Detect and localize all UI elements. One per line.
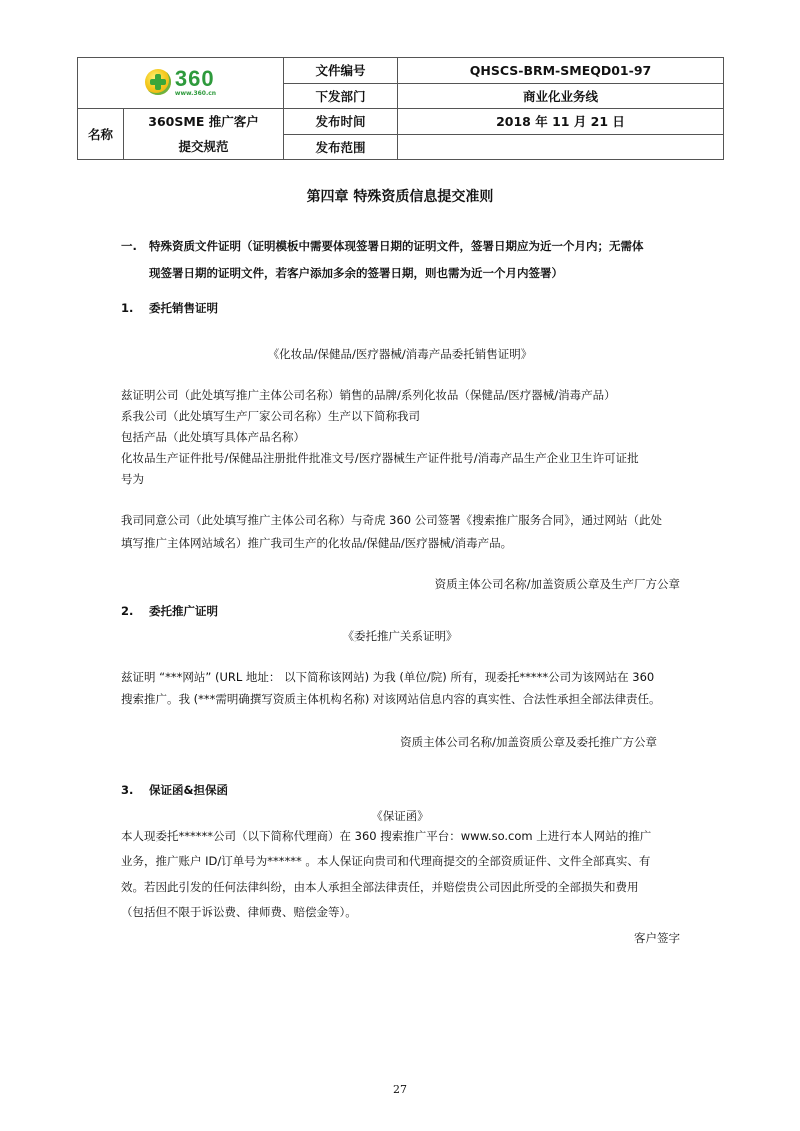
item3-line: （包括但不限于诉讼费、律师费、赔偿金等）。 — [121, 904, 357, 920]
item2-number: 2. — [121, 603, 133, 619]
doc-number-label: 文件编号 — [284, 58, 398, 84]
publish-date-value: 2018 年 11 月 21 日 — [398, 109, 724, 135]
item3-number: 3. — [121, 782, 133, 798]
item3-line: 本人现委托******公司（以下简称代理商）在 360 搜索推广平台：www.s… — [121, 828, 651, 844]
document-header-table: 360 www.360.cn 文件编号 QHSCS-BRM-SMEQD01-97… — [77, 57, 724, 160]
doc-number-value: QHSCS-BRM-SMEQD01-97 — [398, 58, 724, 84]
item1-para2-line: 我司同意公司（此处填写推广主体公司名称）与奇虎 360 公司签署《搜索推广服务合… — [121, 512, 662, 528]
item3-line: 业务，推广账户 ID/订单号为****** 。本人保证向贵司和代理商提交的全部资… — [121, 853, 650, 869]
item2-line: 搜索推广。我 (***需明确撰写资质主体机构名称) 对该网站信息内容的真实性、合… — [121, 691, 661, 707]
360-logo-icon — [145, 69, 171, 95]
chapter-title: 第四章 特殊资质信息提交准则 — [0, 186, 800, 206]
item1-line: 化妆品生产证件批号/保健品注册批件批准文号/医疗器械生产证件批号/消毒产品生产企… — [121, 450, 639, 466]
item1-number: 1. — [121, 300, 133, 316]
item1-heading: 委托销售证明 — [149, 300, 218, 316]
item1-para2-line: 填写推广主体网站域名）推广我司生产的化妆品/保健品/医疗器械/消毒产品。 — [121, 535, 512, 551]
item3-heading: 保证函&担保函 — [149, 782, 228, 798]
item2-doc-title: 《委托推广关系证明》 — [0, 628, 800, 644]
item1-line: 系我公司（此处填写生产厂家公司名称）生产以下简称我司 — [121, 408, 420, 424]
item1-line: 号为 — [121, 471, 144, 487]
logo-cell: 360 www.360.cn — [78, 58, 284, 109]
publish-date-label: 发布时间 — [284, 109, 398, 135]
department-value: 商业化业务线 — [398, 83, 724, 109]
section1-line2: 现签署日期的证明文件，若客户添加多余的签署日期，则也需为近一个月内签署） — [149, 265, 563, 281]
logo-url: www.360.cn — [175, 91, 216, 97]
item1-signature: 资质主体公司名称/加盖资质公章及生产厂方公章 — [300, 576, 680, 592]
item2-heading: 委托推广证明 — [149, 603, 218, 619]
page-number: 27 — [0, 1083, 800, 1096]
360-logo: 360 www.360.cn — [145, 68, 216, 97]
department-label: 下发部门 — [284, 83, 398, 109]
item1-doc-title: 《化妆品/保健品/医疗器械/消毒产品委托销售证明》 — [0, 346, 800, 362]
item1-line: 包括产品（此处填写具体产品名称） — [121, 429, 305, 445]
item3-line: 效。若因此引发的任何法律纠纷，由本人承担全部法律责任，并赔偿贵公司因此所受的全部… — [121, 879, 639, 895]
publish-scope-label: 发布范围 — [284, 134, 398, 160]
item3-doc-title: 《保证函》 — [0, 808, 800, 824]
doc-title-line1: 360SME 推广客户 — [124, 109, 283, 134]
publish-scope-value — [398, 134, 724, 160]
item2-signature: 资质主体公司名称/加盖资质公章及委托推广方公章 — [280, 734, 657, 750]
item2-line: 兹证明 “***网站” (URL 地址： 以下简称该网站) 为我 (单位/院) … — [121, 669, 654, 685]
logo-number: 360 — [175, 68, 215, 90]
name-label: 名称 — [78, 109, 124, 160]
doc-title-cell: 360SME 推广客户 提交规范 — [124, 109, 284, 160]
item3-signature: 客户签字 — [500, 930, 680, 946]
section1-line1: 特殊资质文件证明（证明模板中需要体现签署日期的证明文件，签署日期应为近一个月内；… — [149, 238, 644, 254]
item1-line: 兹证明公司（此处填写推广主体公司名称）销售的品牌/系列化妆品（保健品/医疗器械/… — [121, 387, 616, 403]
section1-number: 一. — [121, 238, 137, 254]
doc-title-line2: 提交规范 — [124, 134, 283, 159]
